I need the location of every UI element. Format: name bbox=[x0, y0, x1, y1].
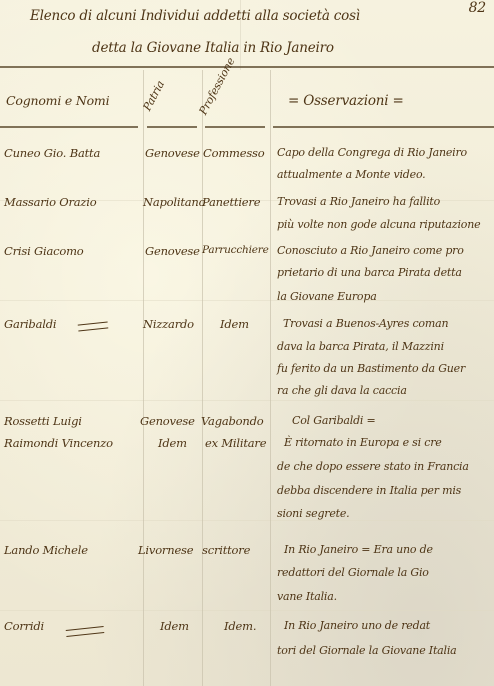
manuscript-page: Elenco di alcuni Individui addetti alla … bbox=[0, 0, 494, 686]
professione-cell: Panettiere bbox=[202, 195, 260, 209]
osservazioni-line: fu ferito da un Bastimento da Guer bbox=[277, 362, 465, 375]
header-rule bbox=[273, 126, 494, 128]
document-title-line-2: detta la Giovane Italia in Rio Janeiro bbox=[92, 40, 334, 56]
name-cell: Crisi Giacomo bbox=[4, 244, 84, 258]
professione-cell: ex Militare bbox=[205, 436, 266, 450]
ditto-mark bbox=[66, 626, 105, 637]
patria-cell: Livornese bbox=[138, 543, 193, 557]
title-rule bbox=[0, 66, 494, 68]
header-rule bbox=[0, 126, 138, 128]
patria-cell: Genovese bbox=[145, 146, 200, 160]
header-rule bbox=[147, 126, 197, 128]
osservazioni-line: la Giovane Europa bbox=[277, 290, 377, 303]
patria-cell: Idem bbox=[160, 619, 189, 633]
osservazioni-line: Capo della Congrega di Rio Janeiro bbox=[277, 146, 467, 159]
osservazioni-line: vane Italia. bbox=[277, 590, 337, 603]
column-divider bbox=[143, 70, 144, 686]
name-cell: Corridi bbox=[4, 619, 44, 633]
professione-cell: Commesso bbox=[203, 146, 264, 160]
name-cell: Raimondi Vincenzo bbox=[4, 436, 113, 450]
name-cell: Lando Michele bbox=[4, 543, 88, 557]
osservazioni-line: prietario di una barca Pirata detta bbox=[277, 266, 462, 279]
osservazioni-line: debba discendere in Italia per mis bbox=[277, 484, 461, 497]
osservazioni-line: In Rio Janeiro uno de redat bbox=[284, 619, 430, 632]
osservazioni-line: attualmente a Monte video. bbox=[277, 168, 425, 181]
grid-line bbox=[0, 520, 494, 521]
osservazioni-line: Trovasi a Rio Janeiro ha fallito bbox=[277, 195, 440, 208]
grid-line bbox=[0, 400, 494, 401]
professione-cell: Idem. bbox=[224, 619, 256, 633]
osservazioni-line: sioni segrete. bbox=[277, 507, 349, 520]
patria-cell: Genovese bbox=[140, 414, 195, 428]
name-cell: Cuneo Gio. Batta bbox=[4, 146, 100, 160]
header-rule bbox=[205, 126, 265, 128]
patria-cell: Nizzardo bbox=[143, 317, 194, 331]
header-patria: Patria bbox=[141, 79, 168, 113]
osservazioni-line: redattori del Giornale la Gio bbox=[277, 566, 429, 579]
professione-cell: Vagabondo bbox=[201, 414, 264, 428]
name-cell: Massario Orazio bbox=[4, 195, 97, 209]
osservazioni-line: dava la barca Pirata, il Mazzini bbox=[277, 340, 444, 353]
document-title-line-1: Elenco di alcuni Individui addetti alla … bbox=[30, 8, 360, 24]
name-cell: Garibaldi bbox=[4, 317, 56, 331]
ditto-mark bbox=[78, 321, 109, 331]
header-osservazioni: = Osservazioni = bbox=[288, 93, 404, 109]
patria-cell: Napolitano bbox=[143, 195, 205, 209]
name-cell: Rossetti Luigi bbox=[4, 414, 82, 428]
grid-line bbox=[0, 610, 494, 611]
professione-cell: Parrucchiere bbox=[202, 244, 269, 256]
column-divider bbox=[270, 70, 271, 686]
osservazioni-line: Trovasi a Buenos-Ayres coman bbox=[283, 317, 448, 330]
osservazioni-line: È ritornato in Europa e si cre bbox=[284, 436, 442, 449]
patria-cell: Idem bbox=[158, 436, 187, 450]
osservazioni-line: de che dopo essere stato in Francia bbox=[277, 460, 469, 473]
osservazioni-line: Conosciuto a Rio Janeiro come pro bbox=[277, 244, 464, 257]
page-number: 82 bbox=[469, 0, 486, 16]
professione-cell: Idem bbox=[220, 317, 249, 331]
column-divider bbox=[202, 70, 203, 686]
osservazioni-line: Col Garibaldi = bbox=[292, 414, 376, 427]
osservazioni-line: In Rio Janeiro = Era uno de bbox=[284, 543, 433, 556]
osservazioni-line: tori del Giornale la Giovane Italia bbox=[277, 644, 457, 657]
osservazioni-line: ra che gli dava la caccia bbox=[277, 384, 407, 397]
grid-line bbox=[0, 300, 494, 301]
patria-cell: Genovese bbox=[145, 244, 200, 258]
professione-cell: scrittore bbox=[202, 543, 250, 557]
header-cognomi-nomi: Cognomi e Nomi bbox=[6, 93, 109, 108]
osservazioni-line: più volte non gode alcuna riputazione bbox=[277, 218, 480, 231]
